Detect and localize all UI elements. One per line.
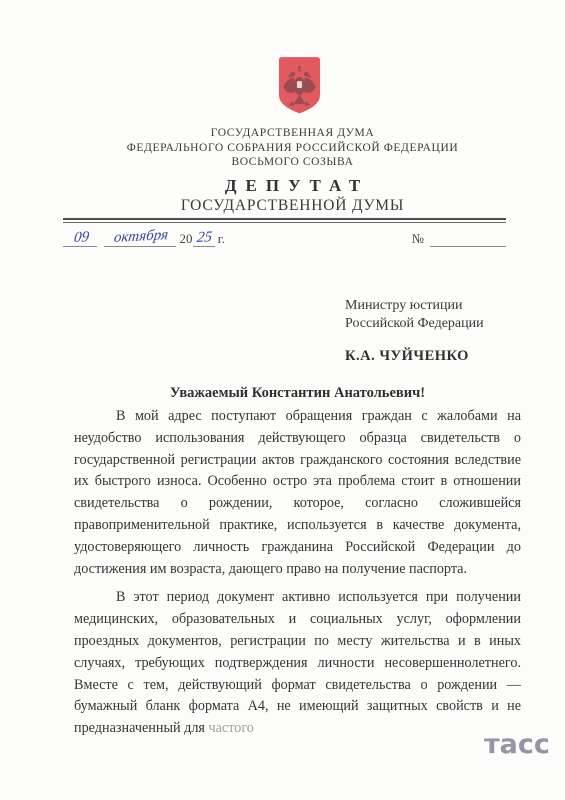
number-sign: № [412,231,424,246]
printed-century: 20 [180,231,193,246]
role-subtitle: ГОСУДАРСТВЕННОЙ ДУМЫ [55,197,530,215]
addressee-block: Министру юстиции Российской Федерации К.… [345,297,484,365]
body-paragraph-2-faded-word: частого [209,720,254,736]
letter-body: В мой адрес поступают обращения граждан … [74,406,521,740]
date-year-blank: 25 [193,230,215,247]
org-name-line1: ГОСУДАРСТВЕННАЯ ДУМА [55,126,530,141]
date-field: 09 октября 2025 г. [63,230,225,247]
body-paragraph-2-main: В этот период документ активно используе… [74,589,521,736]
letter-page: ГОСУДАРСТВЕННАЯ ДУМА ФЕДЕРАЛЬНОГО СОБРАН… [0,0,565,800]
addressee-line2: Российской Федерации [345,315,484,333]
tass-logo: тасс [484,731,550,758]
salutation: Уважаемый Константин Анатольевич! [74,385,521,402]
body-paragraph-2: В этот период документ активно используе… [74,587,521,740]
body-paragraph-1: В мой адрес поступают обращения граждан … [74,406,521,580]
org-name-line3: ВОСЬМОГО СОЗЫВА [55,155,530,170]
date-number-row: 09 октября 2025 г. № [63,230,506,247]
document-number-field: № [412,231,506,247]
letterhead-divider [63,218,506,223]
handwritten-day: 09 [73,230,90,246]
handwritten-year: 25 [196,230,213,246]
year-suffix: г. [215,231,225,246]
addressee-line1: Министру юстиции [345,297,484,315]
org-name-line2: ФЕДЕРАЛЬНОГО СОБРАНИЯ РОССИЙСКОЙ ФЕДЕРАЦ… [55,141,530,156]
addressee-name: К.А. ЧУЙЧЕНКО [345,347,484,365]
date-day-blank: 09 [63,230,97,247]
russia-coat-of-arms-icon [277,55,322,116]
letterhead: ГОСУДАРСТВЕННАЯ ДУМА ФЕДЕРАЛЬНОГО СОБРАН… [55,126,530,215]
role-title: ДЕПУТАТ [55,176,530,196]
date-month-blank: октября [104,230,176,247]
handwritten-month: октября [113,228,169,246]
number-blank [430,246,506,247]
